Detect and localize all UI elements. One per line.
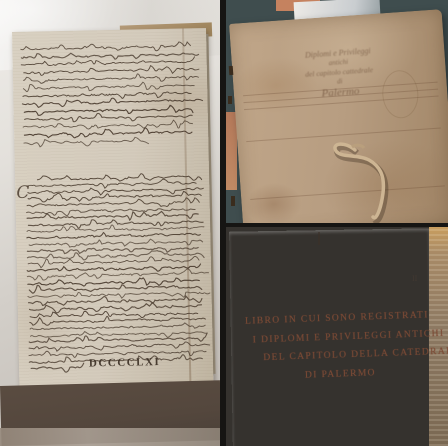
- manuscript-page: C DCCCCLXI: [12, 28, 213, 390]
- faint-folio-mark: II: [412, 274, 417, 283]
- score-line: [246, 127, 442, 142]
- title-inscription: LIBRO IN CUI SONO REGISTRATI I DIPLOMI E…: [245, 305, 448, 386]
- score-line: [250, 185, 446, 200]
- photo-collage: C DCCCCLXI Diplomi e Privileggi antichi …: [0, 0, 448, 446]
- roman-numeral-year: DCCCCLXI: [89, 356, 161, 369]
- photo-manuscript-page: C DCCCCLXI: [0, 0, 220, 446]
- photo-inscription-page: II LIBRO IN CUI SONO REGISTRATI I DIPLOM…: [226, 227, 448, 446]
- photo-parchment-cover: Diplomi e Privileggi antichi del capitol…: [226, 0, 448, 223]
- parchment-cover: Diplomi e Privileggi antichi del capitol…: [229, 9, 448, 223]
- small-ink-mark: [318, 232, 320, 245]
- handwriting-block-1: [12, 36, 208, 158]
- floor-strip: [0, 428, 220, 446]
- handwriting-block-2: [15, 168, 213, 382]
